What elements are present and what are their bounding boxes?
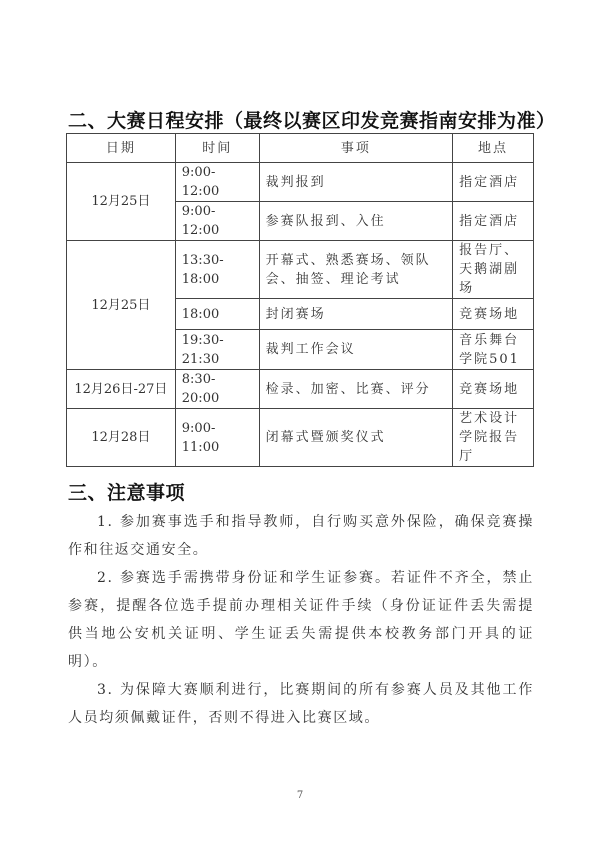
cell-item: 封闭赛场 xyxy=(259,299,452,330)
column-header-time: 时间 xyxy=(175,134,259,163)
cell-time: 18:00 xyxy=(175,299,259,330)
note-paragraph-1: 1. 参加赛事选手和指导教师，自行购买意外保险，确保竞赛操作和往返交通安全。 xyxy=(68,508,534,564)
page-number: 7 xyxy=(0,790,600,801)
cell-item: 检录、加密、比赛、评分 xyxy=(259,370,452,409)
column-header-location: 地点 xyxy=(453,134,534,163)
cell-time: 9:00-12:00 xyxy=(175,202,259,241)
cell-location: 艺术设计学院报告厅 xyxy=(453,409,534,467)
cell-location: 竞赛场地 xyxy=(453,370,534,409)
cell-date: 12月28日 xyxy=(67,409,176,467)
cell-location: 指定酒店 xyxy=(453,202,534,241)
cell-item: 闭幕式暨颁奖仪式 xyxy=(259,409,452,467)
table-row: 12月26日-27日 8:30-20:00 检录、加密、比赛、评分 竞赛场地 xyxy=(67,370,534,409)
notes-heading: 三、注意事项 xyxy=(68,478,185,505)
cell-location: 音乐舞台学院501 xyxy=(453,330,534,370)
cell-location: 竞赛场地 xyxy=(453,299,534,330)
cell-time: 9:00-12:00 xyxy=(175,163,259,202)
column-header-date: 日期 xyxy=(67,134,176,163)
cell-time: 19:30-21:30 xyxy=(175,330,259,370)
schedule-table: 日期 时间 事项 地点 12月25日 9:00-12:00 裁判报到 指定酒店 … xyxy=(66,133,534,467)
cell-item: 裁判工作会议 xyxy=(259,330,452,370)
table-row: 12月25日 13:30-18:00 开幕式、熟悉赛场、领队会、抽签、理论考试 … xyxy=(67,241,534,299)
cell-time: 9:00-11:00 xyxy=(175,409,259,467)
cell-date: 12月26日-27日 xyxy=(67,370,176,409)
table-row: 12月25日 9:00-12:00 裁判报到 指定酒店 xyxy=(67,163,534,202)
note-paragraph-2: 2. 参赛选手需携带身份证和学生证参赛。若证件不齐全，禁止参赛，提醒各位选手提前… xyxy=(68,564,534,676)
table-header-row: 日期 时间 事项 地点 xyxy=(67,134,534,163)
cell-time: 13:30-18:00 xyxy=(175,241,259,299)
cell-item: 裁判报到 xyxy=(259,163,452,202)
cell-date: 12月25日 xyxy=(67,241,176,370)
cell-time: 8:30-20:00 xyxy=(175,370,259,409)
table-row: 12月28日 9:00-11:00 闭幕式暨颁奖仪式 艺术设计学院报告厅 xyxy=(67,409,534,467)
column-header-item: 事项 xyxy=(259,134,452,163)
schedule-heading: 二、大赛日程安排（最终以赛区印发竞赛指南安排为准） xyxy=(68,106,556,133)
cell-item: 参赛队报到、入住 xyxy=(259,202,452,241)
note-paragraph-3: 3. 为保障大赛顺利进行，比赛期间的所有参赛人员及其他工作人员均须佩戴证件，否则… xyxy=(68,676,534,732)
cell-date: 12月25日 xyxy=(67,163,176,241)
cell-location: 报告厅、天鹅湖剧场 xyxy=(453,241,534,299)
cell-item: 开幕式、熟悉赛场、领队会、抽签、理论考试 xyxy=(259,241,452,299)
cell-location: 指定酒店 xyxy=(453,163,534,202)
